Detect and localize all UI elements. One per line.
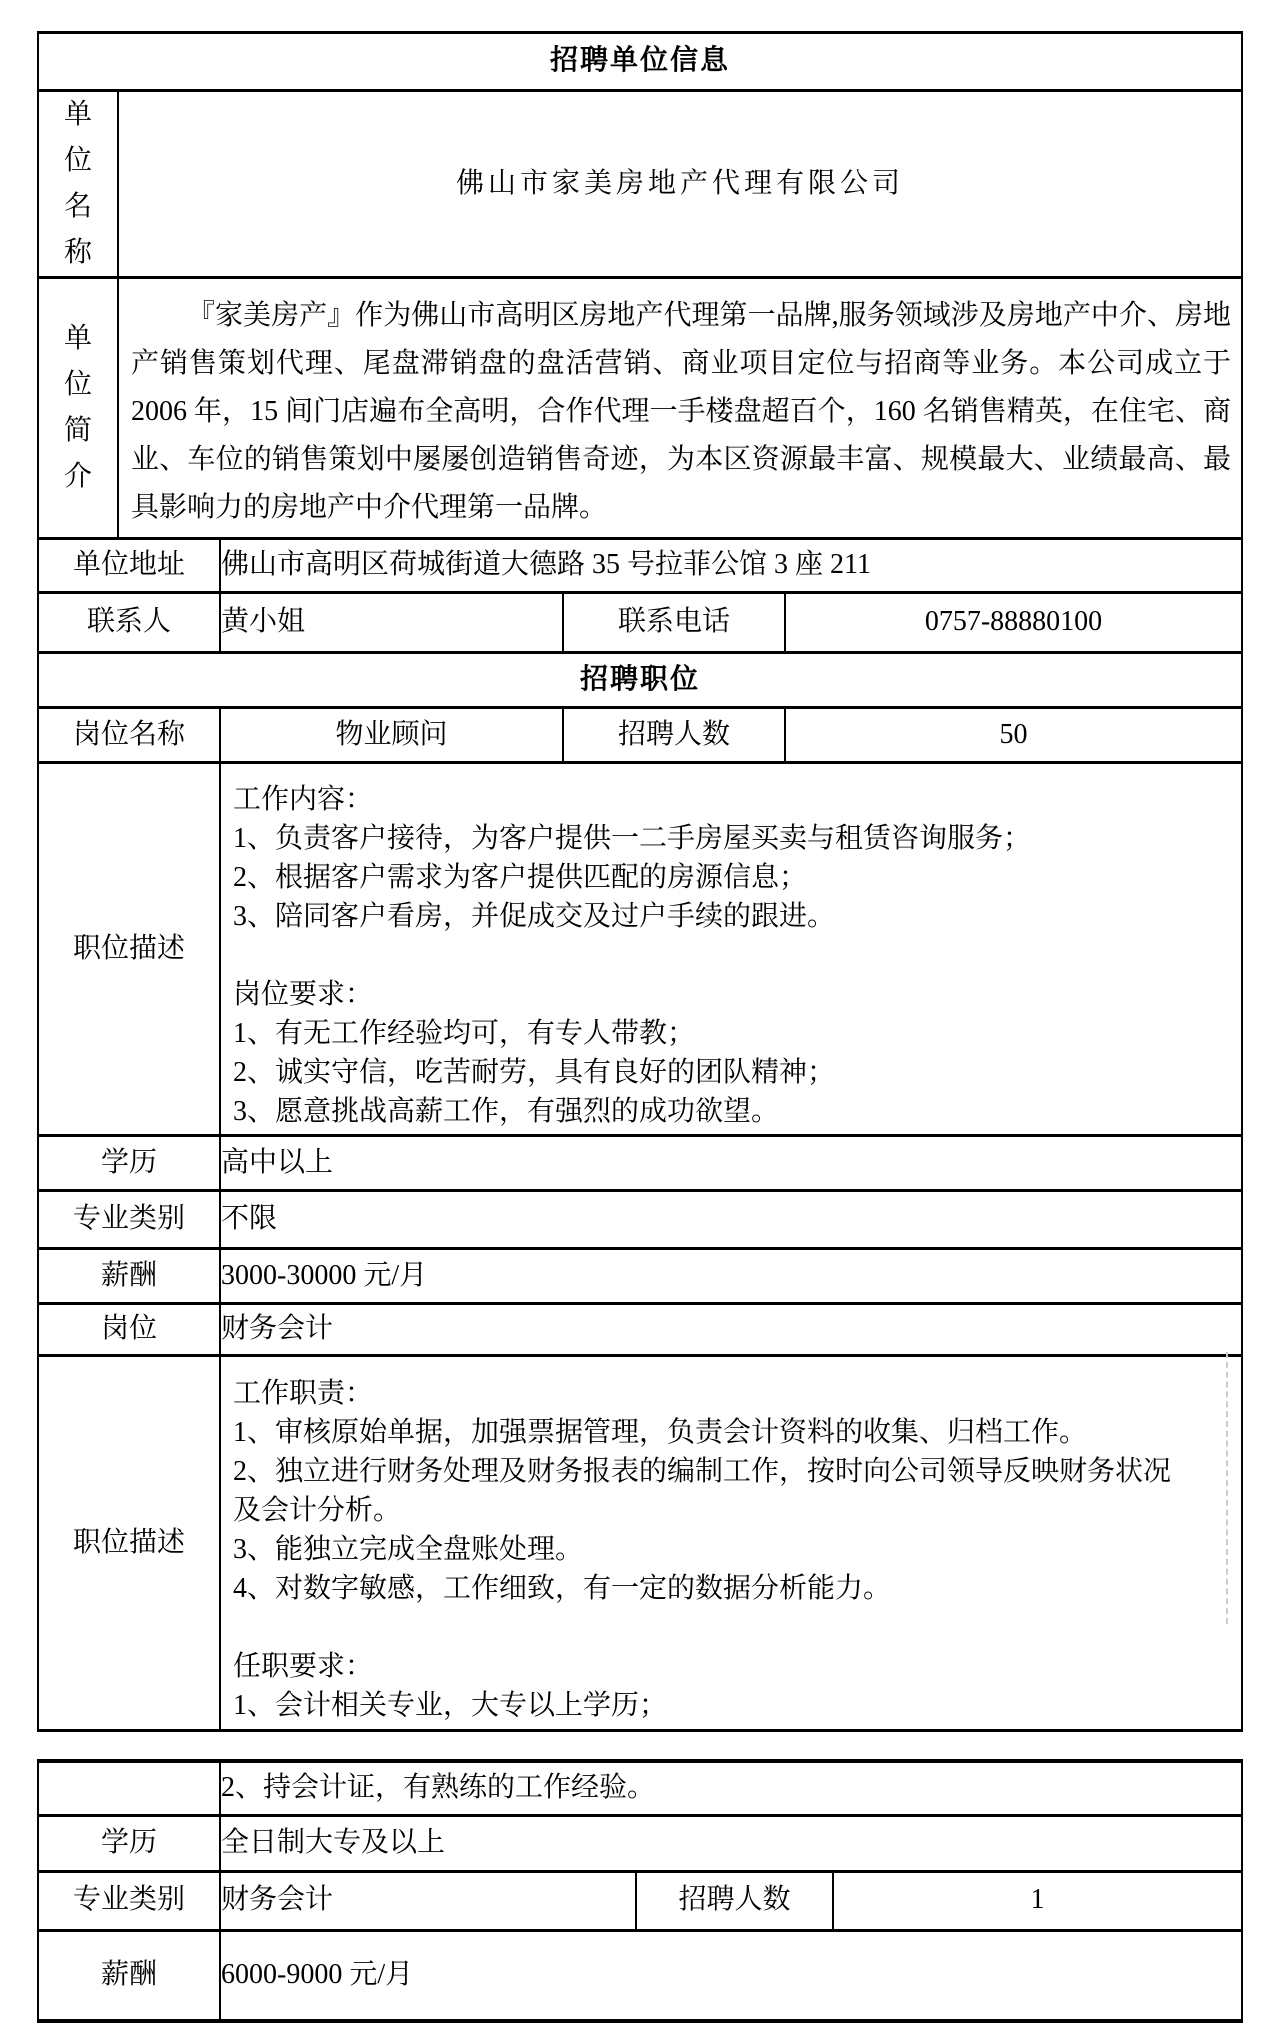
table-row: 岗位 财务会计 xyxy=(38,1304,1242,1356)
job1-salary-label: 薪酬 xyxy=(38,1249,220,1304)
phone-label: 联系电话 xyxy=(563,593,785,653)
job1-description: 工作内容： 1、负责客户接待，为客户提供一二手房屋买卖与租赁咨询服务； 2、根据… xyxy=(221,768,1241,1131)
company-intro: 『家美房产』作为佛山市高明区房地产代理第一品牌,服务领域涉及房地产中介、房地产销… xyxy=(119,284,1241,532)
job1-description-label: 职位描述 xyxy=(38,763,220,1136)
job2-position-value: 财务会计 xyxy=(220,1304,1242,1356)
empty-label-cell xyxy=(38,1761,220,1815)
company-name-label-cell: 单位名称 xyxy=(38,91,118,278)
table-row: 学历 高中以上 xyxy=(38,1136,1242,1191)
job1-description-cell: 工作内容： 1、负责客户接待，为客户提供一二手房屋买卖与租赁咨询服务； 2、根据… xyxy=(220,763,1242,1136)
job2-salary-label: 薪酬 xyxy=(38,1930,220,2021)
job1-title-label: 岗位名称 xyxy=(38,708,220,763)
table-row: 单位地址 佛山市高明区荷城街道大德路 35 号拉菲公馆 3 座 211 xyxy=(38,539,1242,593)
job1-headcount-label: 招聘人数 xyxy=(563,708,785,763)
company-name-label: 单位名称 xyxy=(63,92,93,276)
recruitment-document: 招聘单位信息 单位名称 佛山市家美房地产代理有限公司 单位简介 『家美房产』作为… xyxy=(37,31,1241,2023)
job2-position-label: 岗位 xyxy=(38,1304,220,1356)
table-row: 单位名称 佛山市家美房地产代理有限公司 xyxy=(38,91,1242,278)
job2-category-value: 财务会计 xyxy=(220,1871,636,1930)
table-row: 职位描述 工作职责： 1、审核原始单据，加强票据管理，负责会计资料的收集、归档工… xyxy=(38,1356,1242,1731)
table-row: 岗位名称 物业顾问 招聘人数 50 xyxy=(38,708,1242,763)
job2-headcount-label: 招聘人数 xyxy=(636,1871,833,1930)
phone-value: 0757-88880100 xyxy=(785,593,1242,653)
job2-continuation-table: 2、持会计证，有熟练的工作经验。 学历 全日制大专及以上 专业类别 财务会计 招… xyxy=(37,1759,1243,2023)
address-label: 单位地址 xyxy=(38,539,220,593)
table-row: 薪酬 6000-9000 元/月 xyxy=(38,1930,1242,2021)
job1-headcount: 50 xyxy=(785,708,1242,763)
company-intro-label: 单位简介 xyxy=(63,316,93,500)
employer-info-table: 招聘单位信息 单位名称 佛山市家美房地产代理有限公司 单位简介 『家美房产』作为… xyxy=(37,31,1243,1732)
page-break-dash-marker xyxy=(1226,1352,1228,1624)
job1-title: 物业顾问 xyxy=(220,708,563,763)
table-row: 专业类别 财务会计 招聘人数 1 xyxy=(38,1871,1242,1930)
section-header-jobs: 招聘职位 xyxy=(38,653,1242,708)
job2-headcount-value: 1 xyxy=(833,1871,1242,1930)
table-row: 招聘单位信息 xyxy=(38,33,1242,91)
job1-category-label: 专业类别 xyxy=(38,1191,220,1249)
job1-salary-value: 3000-30000 元/月 xyxy=(220,1249,1242,1304)
table-row: 2、持会计证，有熟练的工作经验。 xyxy=(38,1761,1242,1815)
contact-value: 黄小姐 xyxy=(220,593,563,653)
table-row: 职位描述 工作内容： 1、负责客户接待，为客户提供一二手房屋买卖与租赁咨询服务；… xyxy=(38,763,1242,1136)
job2-education-value: 全日制大专及以上 xyxy=(220,1815,1242,1871)
job2-description: 工作职责： 1、审核原始单据，加强票据管理，负责会计资料的收集、归档工作。 2、… xyxy=(221,1362,1241,1725)
company-name: 佛山市家美房地产代理有限公司 xyxy=(118,91,1242,278)
job1-education-value: 高中以上 xyxy=(220,1136,1242,1191)
address-value: 佛山市高明区荷城街道大德路 35 号拉菲公馆 3 座 211 xyxy=(220,539,1242,593)
contact-label: 联系人 xyxy=(38,593,220,653)
job2-description-continued: 2、持会计证，有熟练的工作经验。 xyxy=(220,1761,1242,1815)
table-row: 专业类别 不限 xyxy=(38,1191,1242,1249)
section-header-employer-info: 招聘单位信息 xyxy=(38,33,1242,91)
job1-education-label: 学历 xyxy=(38,1136,220,1191)
job2-salary-value: 6000-9000 元/月 xyxy=(220,1930,1242,2021)
job1-category-value: 不限 xyxy=(220,1191,1242,1249)
table-row: 单位简介 『家美房产』作为佛山市高明区房地产代理第一品牌,服务领域涉及房地产中介… xyxy=(38,278,1242,539)
job2-category-label: 专业类别 xyxy=(38,1871,220,1930)
table-row: 学历 全日制大专及以上 xyxy=(38,1815,1242,1871)
job2-description-cell: 工作职责： 1、审核原始单据，加强票据管理，负责会计资料的收集、归档工作。 2、… xyxy=(220,1356,1242,1731)
table-row: 薪酬 3000-30000 元/月 xyxy=(38,1249,1242,1304)
company-intro-label-cell: 单位简介 xyxy=(38,278,118,539)
table-row: 联系人 黄小姐 联系电话 0757-88880100 xyxy=(38,593,1242,653)
job2-description-label: 职位描述 xyxy=(38,1356,220,1731)
company-intro-cell: 『家美房产』作为佛山市高明区房地产代理第一品牌,服务领域涉及房地产中介、房地产销… xyxy=(118,278,1242,539)
table-row: 招聘职位 xyxy=(38,653,1242,708)
job2-education-label: 学历 xyxy=(38,1815,220,1871)
